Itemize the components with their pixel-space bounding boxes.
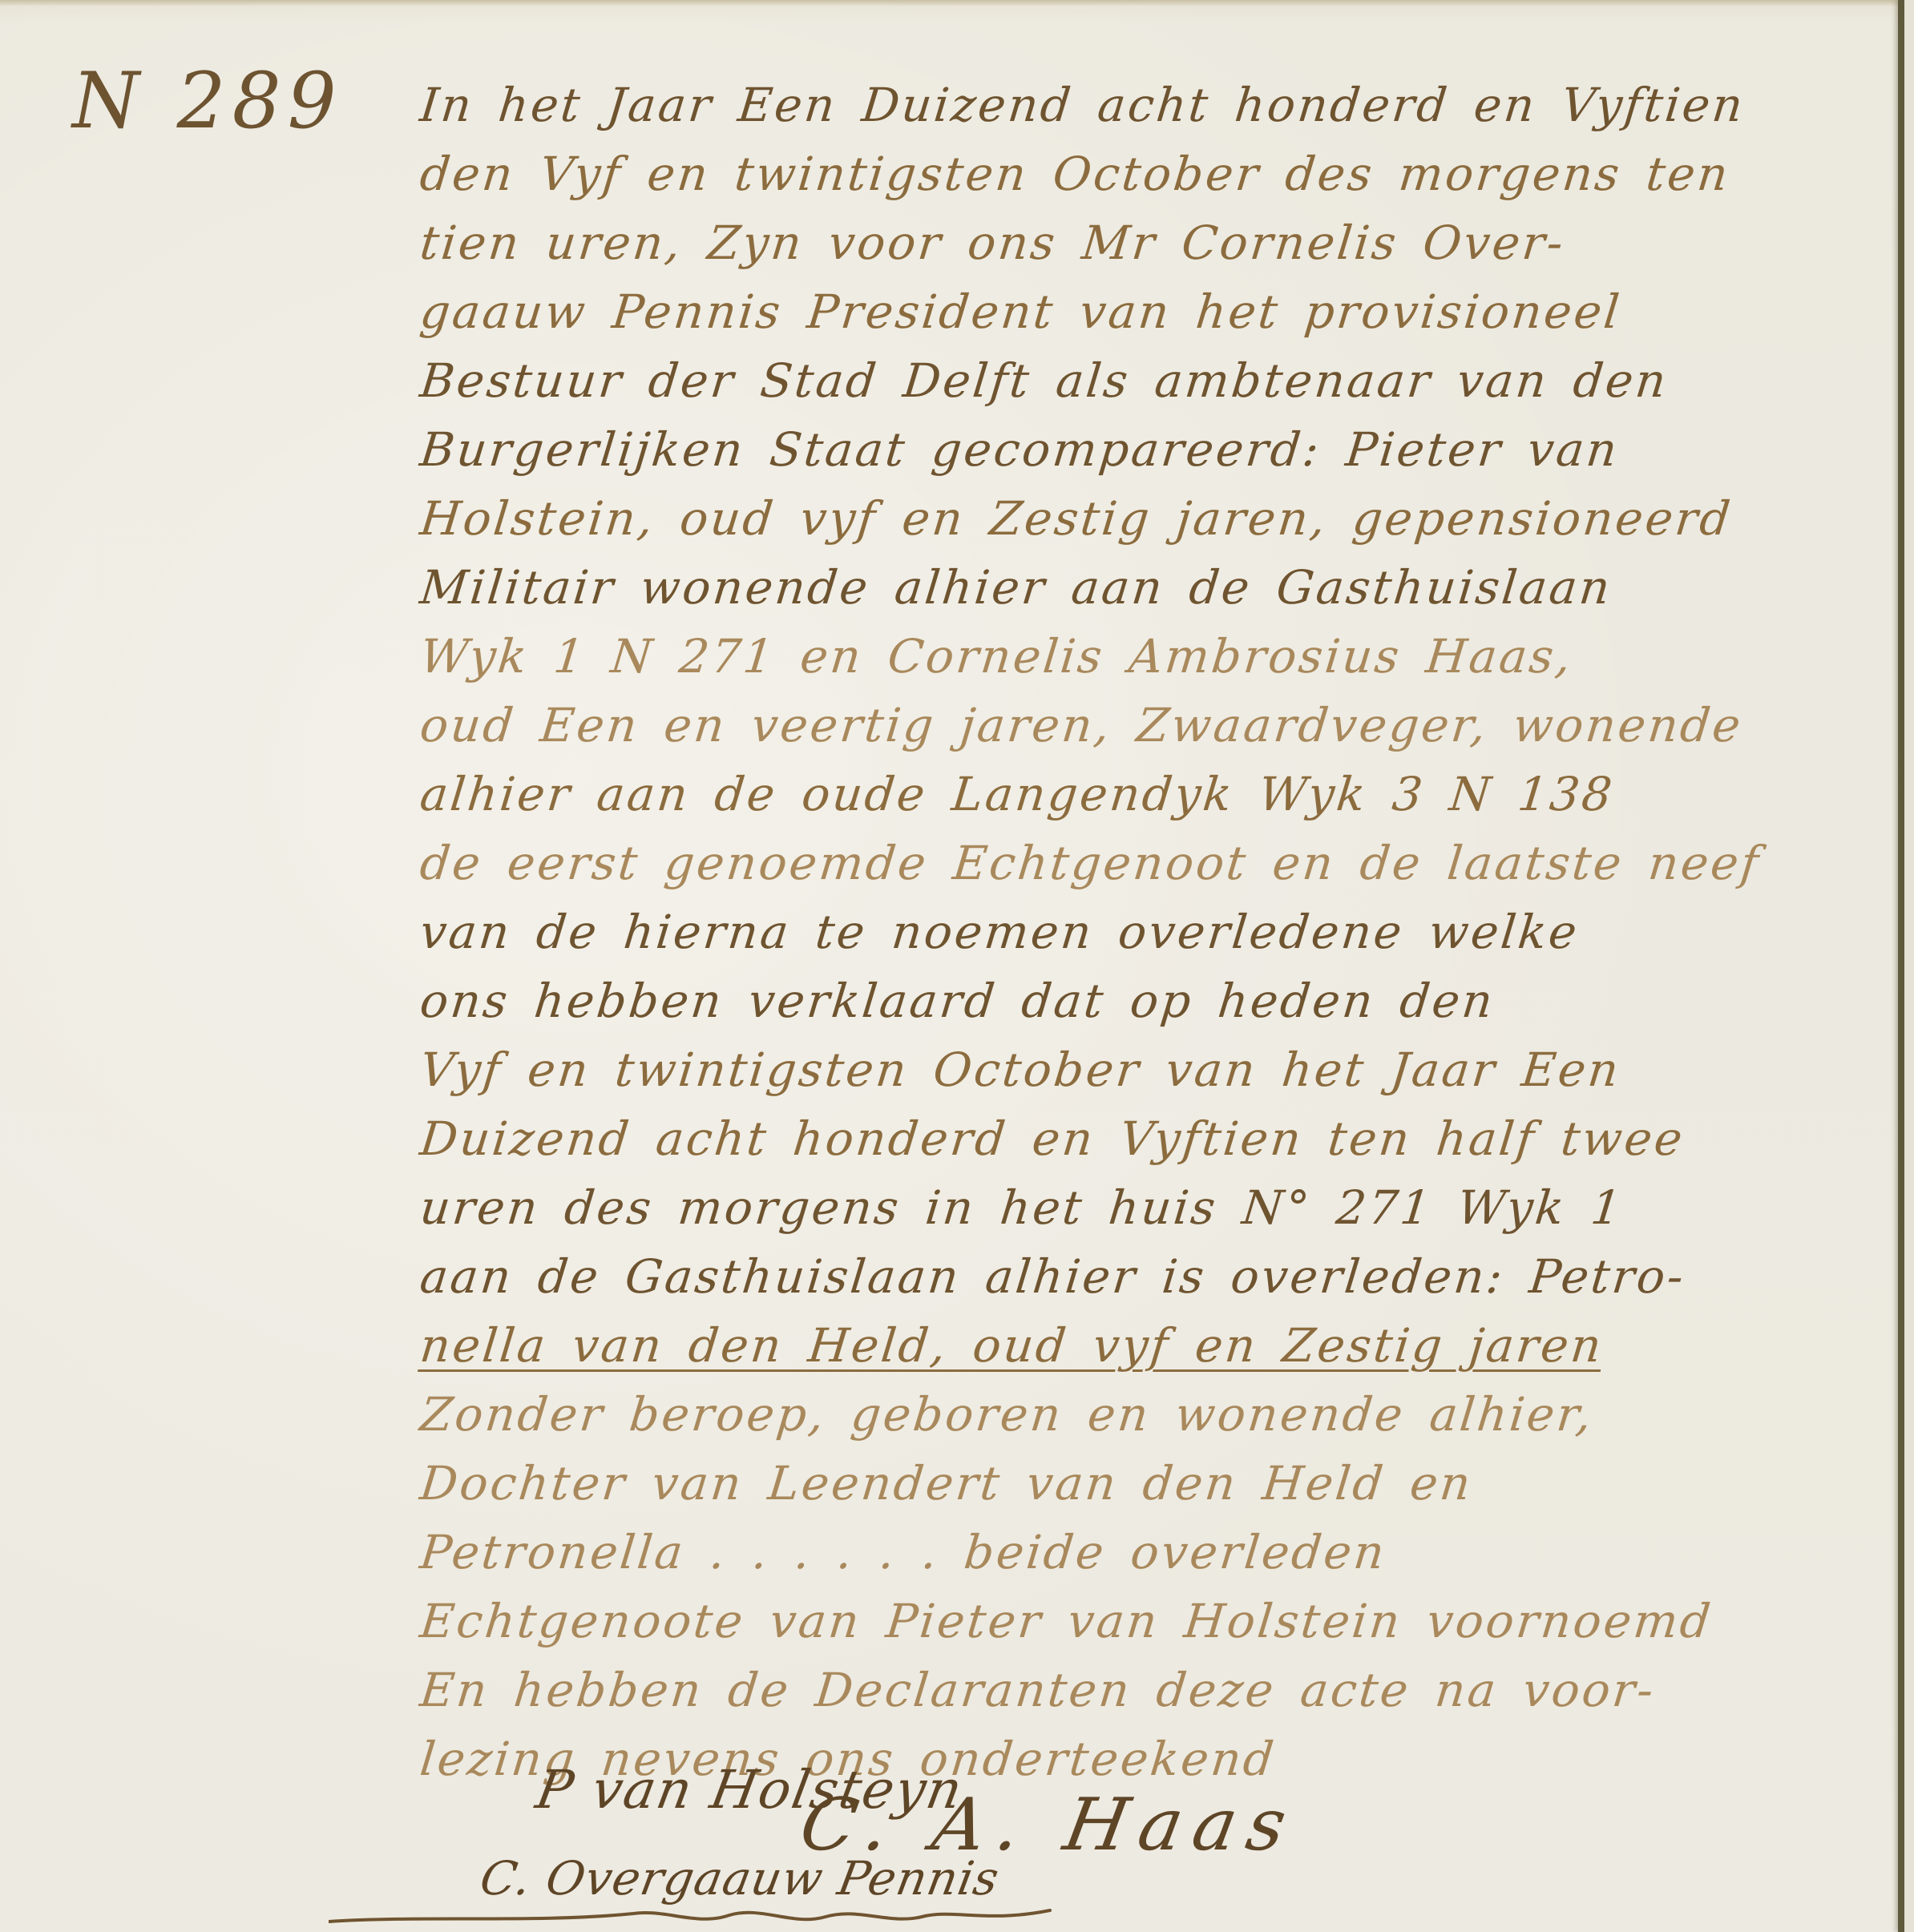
text-line: Duizend acht honderd en Vyftien ten half…	[417, 1104, 1891, 1173]
signature-flourish	[329, 1899, 1082, 1931]
signature-haas: C. A. Haas	[794, 1783, 1304, 1867]
text-line: gaauw Pennis President van het provision…	[417, 277, 1891, 346]
text-line: Petronella . . . . . . beide overleden	[417, 1518, 1891, 1587]
text-line: van de hierna te noemen overledene welke	[417, 897, 1891, 966]
text-line: Echtgenoote van Pieter van Holstein voor…	[417, 1587, 1891, 1656]
text-line: uren des morgens in het huis N° 271 Wyk …	[417, 1173, 1891, 1242]
text-line: den Vyf en twintigsten October des morge…	[417, 139, 1891, 208]
text-line: alhier aan de oude Langendyk Wyk 3 N 138	[417, 760, 1891, 829]
text-line: oud Een en veertig jaren, Zwaardveger, w…	[417, 691, 1891, 760]
text-line: En hebben de Declaranten deze acte na vo…	[417, 1656, 1891, 1724]
text-line: ons hebben verklaard dat op heden den	[417, 966, 1891, 1035]
text-line: tien uren, Zyn voor ons Mr Cornelis Over…	[417, 208, 1891, 277]
record-body: In het Jaar Een Duizend acht honderd en …	[417, 71, 1884, 1793]
text-line: nella van den Held, oud vyf en Zestig ja…	[417, 1311, 1891, 1380]
deceased-name-underlined: nella van den Held, oud vyf en Zestig ja…	[418, 1318, 1606, 1373]
record-number: N 289	[72, 56, 343, 146]
text-line: aan de Gasthuislaan alhier is overleden:…	[417, 1242, 1891, 1311]
text-line: de eerst genoemde Echtgenoot en de laats…	[417, 829, 1891, 897]
text-line: In het Jaar Een Duizend acht honderd en …	[417, 71, 1891, 139]
adjacent-page-strip	[1904, 0, 1914, 1932]
text-segment: aan de Gasthuislaan alhier is overleden:…	[418, 1249, 1688, 1304]
text-line: Dochter van Leendert van den Held en	[417, 1449, 1891, 1518]
text-line: Burgerlijken Staat gecompareerd: Pieter …	[417, 415, 1891, 484]
text-line: Vyf en twintigsten October van het Jaar …	[417, 1035, 1891, 1104]
document-page: N 289 In het Jaar Een Duizend acht honde…	[0, 0, 1914, 1932]
page-top-edge	[0, 0, 1914, 6]
text-line: Bestuur der Stad Delft als ambtenaar van…	[417, 346, 1891, 415]
text-line: Militair wonende alhier aan de Gasthuisl…	[417, 553, 1891, 622]
text-line: Zonder beroep, geboren en wonende alhier…	[417, 1380, 1891, 1449]
page-binding-edge	[1898, 0, 1904, 1932]
text-line: Holstein, oud vyf en Zestig jaren, gepen…	[417, 484, 1891, 553]
text-line: Wyk 1 N 271 en Cornelis Ambrosius Haas,	[417, 622, 1891, 691]
